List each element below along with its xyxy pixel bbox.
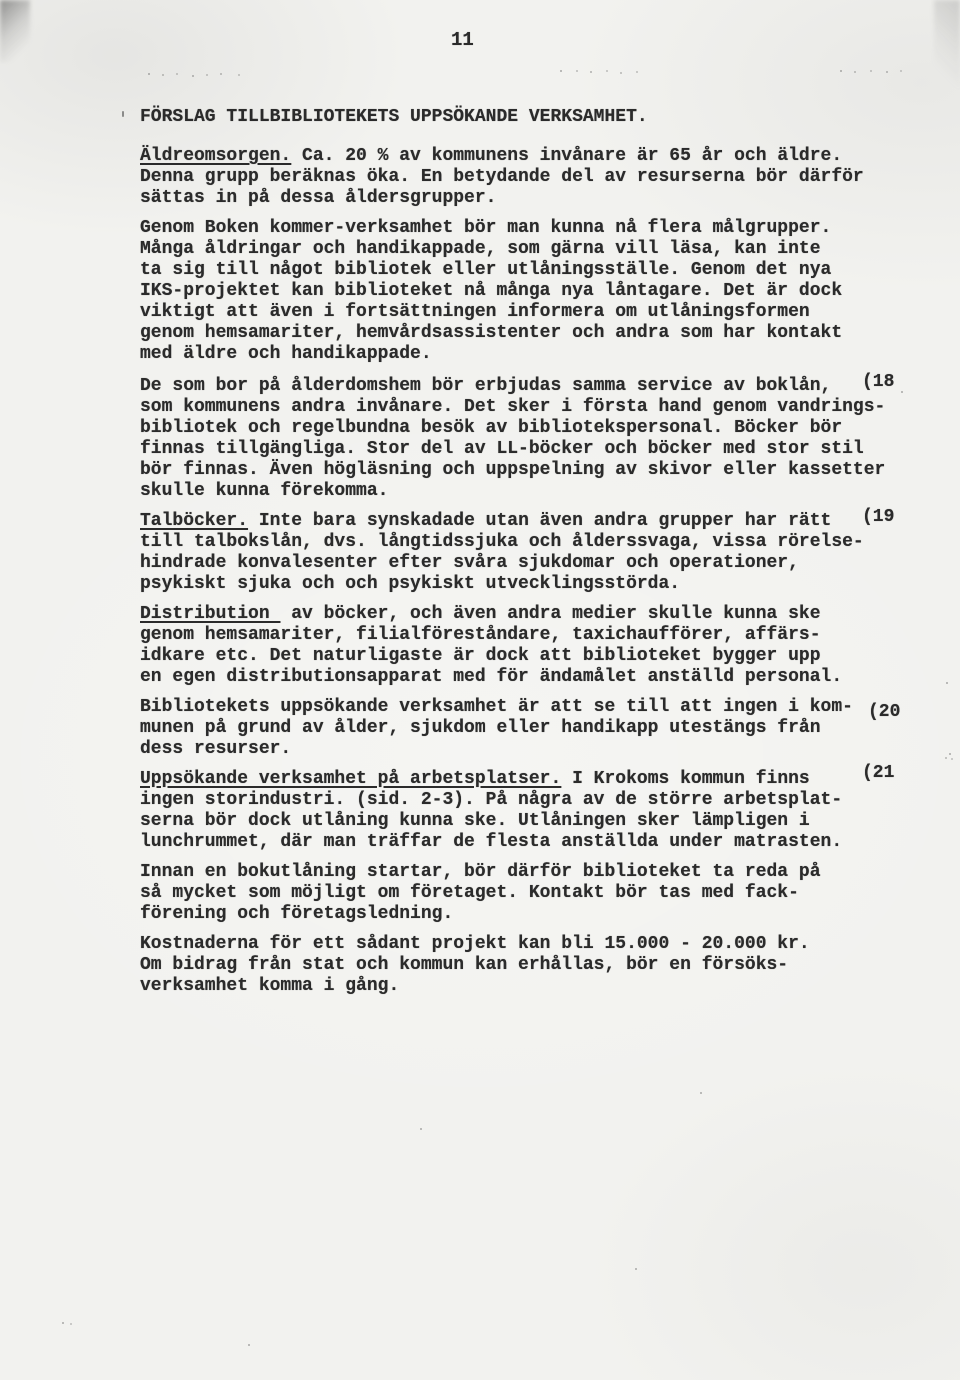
scan-noise [560,70,562,72]
margin-note-21: (21 [862,763,894,784]
page-number: 11 [451,30,474,51]
scan-smudge-top-left [0,0,30,62]
heading-aldreomsorgen: Äldreomsorgen. [140,146,291,166]
page-title: FÖRSLAG TILLBIBLIOTEKETS UPPSÖKANDE VERK… [140,106,648,128]
margin-note-18: (18 [862,372,894,393]
scan-noise [62,1322,64,1324]
paragraph-uppsokande-mal: Bibliotekets uppsökande verksamhet är at… [140,697,853,760]
margin-note-19: (19 [862,507,894,528]
scan-smudge-top-right [934,0,960,90]
paragraph-boken-kommer: Genom Boken kommer-verksamhet bör man ku… [140,218,842,365]
scan-noise [700,1092,702,1094]
scan-noise [840,70,842,72]
scan-noise [949,753,951,755]
paragraph-kostnader: Kostnaderna för ett sådant projekt kan b… [140,934,810,997]
paragraph-distribution: Distribution av böcker, och även andra m… [140,604,842,688]
margin-note-20: (20 [868,702,900,723]
scan-noise [248,1344,250,1346]
scan-noise [148,73,150,75]
scan-noise [420,1128,422,1130]
scan-noise [901,391,903,393]
heading-talbocker: Talböcker. [140,511,248,531]
paragraph-arbetsplatser: Uppsökande verksamhet på arbetsplatser. … [140,769,842,853]
paragraph-aldreomsorgen: Äldreomsorgen. Ca. 20 % av kommunens inv… [140,146,864,209]
paragraph-text: Inte bara synskadade utan även andra gru… [140,511,864,594]
scan-noise [946,682,948,684]
paragraph-text: Kostnaderna för ett sådant projekt kan b… [140,934,810,996]
heading-arbetsplatser: Uppsökande verksamhet på arbetsplatser. [140,769,561,789]
paragraph-bokutlaning: Innan en bokutlåning startar, bör därför… [140,862,821,925]
scanned-document-page: { "page": { "number": "11", "title": "FÖ… [0,0,960,1380]
scan-noise [122,111,124,117]
paragraph-alderdomshem: De som bor på ålderdomshem bör erbjudas … [140,376,885,502]
paragraph-text: De som bor på ålderdomshem bör erbjudas … [140,376,885,501]
heading-distribution: Distribution [140,604,280,624]
paragraph-text: Genom Boken kommer-verksamhet bör man ku… [140,218,842,364]
paragraph-talbocker: Talböcker. Inte bara synskadade utan äve… [140,511,864,595]
paragraph-text: Innan en bokutlåning startar, bör därför… [140,862,821,924]
scan-noise [635,1268,637,1270]
paragraph-text: Bibliotekets uppsökande verksamhet är at… [140,697,853,759]
